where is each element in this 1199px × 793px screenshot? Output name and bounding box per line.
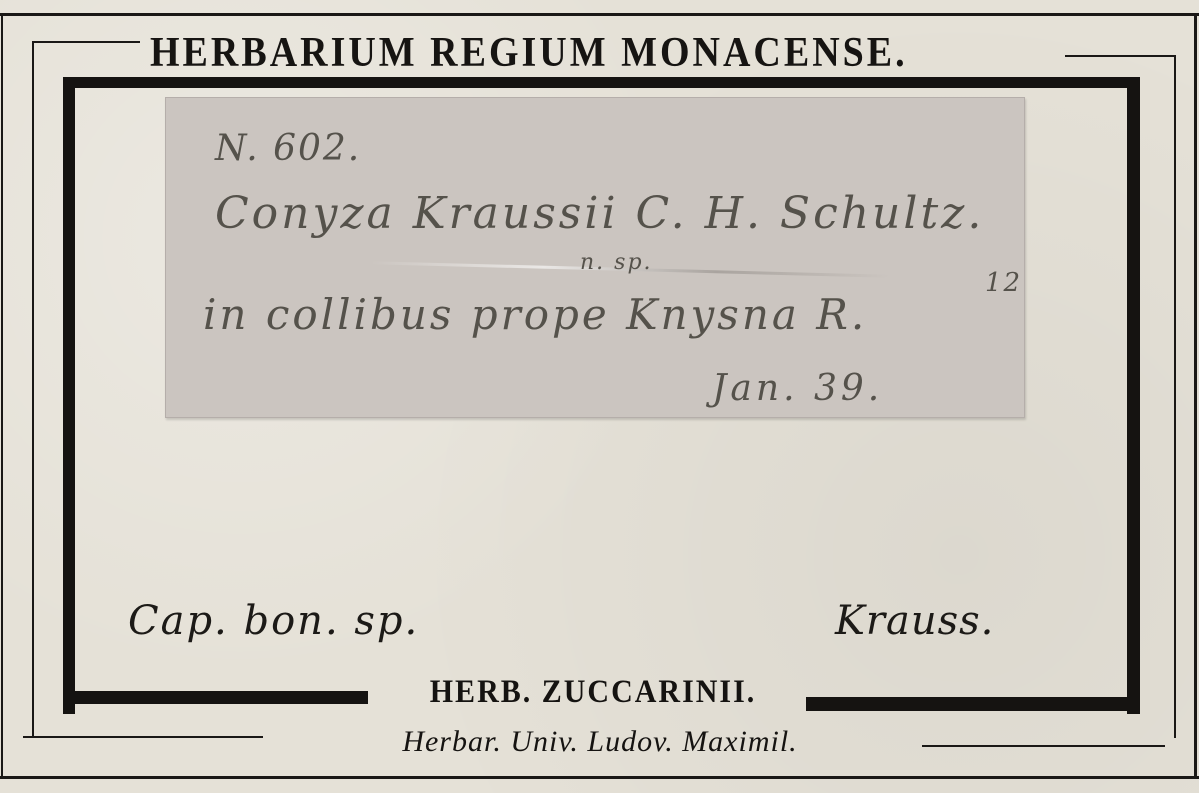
herbarium-stamp: HERB. ZUCCARINII. bbox=[378, 668, 808, 716]
inner-frame-top-right bbox=[1065, 55, 1175, 57]
sheet-mark: 12 bbox=[985, 268, 1022, 298]
outer-border-top bbox=[0, 13, 1199, 16]
thick-frame-bottom-left bbox=[63, 691, 368, 704]
locality-text: in collibus prope Knysna R. bbox=[203, 290, 867, 339]
region-text: Cap. bon. sp. bbox=[128, 598, 419, 644]
institution-name: Herbar. Univ. Ludov. Maximil. bbox=[290, 722, 910, 762]
inner-frame-right bbox=[1174, 55, 1176, 738]
thick-frame-right bbox=[1127, 88, 1140, 714]
inner-frame-top-left bbox=[32, 41, 140, 43]
collection-date: Jan. 39. bbox=[712, 368, 883, 409]
thick-frame-top bbox=[63, 77, 1140, 88]
inner-frame-left bbox=[32, 41, 34, 738]
species-annotation: n. sp. bbox=[580, 250, 653, 275]
thick-frame-left bbox=[63, 77, 75, 714]
outer-border-left bbox=[1, 13, 3, 778]
thick-frame-bottom-right bbox=[806, 697, 1140, 711]
specimen-number: N. 602. bbox=[215, 128, 361, 169]
outer-border-bottom bbox=[0, 776, 1199, 779]
inner-frame-bottom-right bbox=[922, 745, 1165, 747]
header-title: HERBARIUM REGIUM MONACENSE. bbox=[150, 27, 1070, 79]
collector-name: Krauss. bbox=[835, 598, 994, 644]
outer-border-right bbox=[1194, 13, 1197, 778]
species-name: Conyza Kraussii C. H. Schultz. bbox=[215, 188, 984, 239]
inner-frame-bottom-left bbox=[23, 736, 263, 738]
